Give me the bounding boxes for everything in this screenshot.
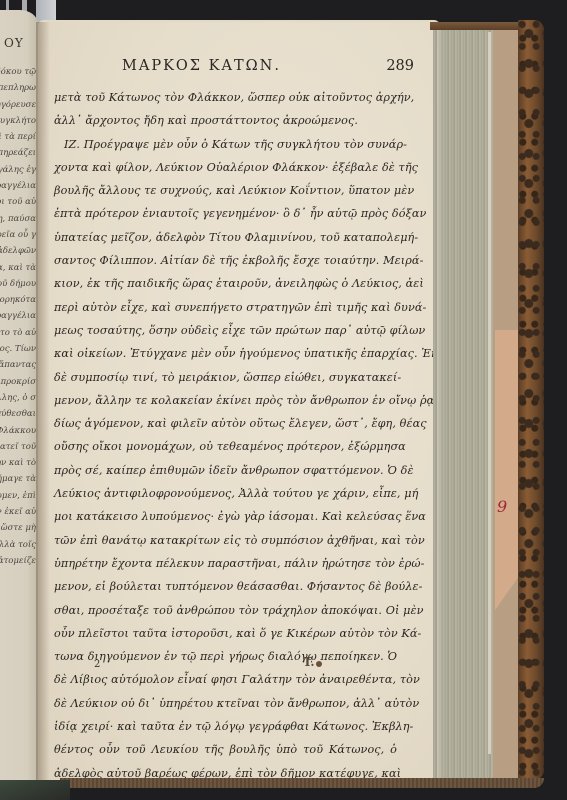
catchword: T. [303,655,322,669]
left-page-text: προσδόκου τῷ πάνυ πεπληρω ς, προσηγόρευσ… [0,64,36,569]
text-line: μοι κατάκεισο λυπούμενος· ἐγὼ γὰρ ἰάσομα… [54,505,397,528]
book-photograph: ΟΥ προσδόκου τῷ πάνυ πεπληρω ς, προσηγόρ… [0,0,567,800]
left-running-head: ΟΥ [4,36,24,50]
binding-bottom-edge [60,778,544,788]
page-number: 289 [386,58,414,74]
left-line: ἀλλ᾽ ἅπαντας [0,357,36,373]
fore-edge-line [488,32,491,754]
left-line: ου ἀδελφῶν [0,243,36,259]
text-line: δὲ συμποσίῳ τινί, τὸ μειράκιον, ὥσπερ εἰ… [54,366,397,389]
left-line: συμφορηκότα [0,292,36,308]
left-line: ς δὲ συγκλήτο [0,113,36,129]
left-line: ῳ παραγγέλια [0,308,36,324]
left-line: ως τὸν ἐκεῖ αὐ [0,504,36,520]
left-line: τους ἀτομείζε [0,553,36,569]
text-line: θέντος οὖν τοῦ Λευκίου τῆς βουλῆς ὑπὸ το… [54,738,397,761]
left-line: ς, προσηγόρευσε [0,97,36,113]
left-line: καὶ προκρίσ [0,374,36,390]
left-line: μάλλης, ὁ σ [0,390,36,406]
text-line: τωνα διηγούμενον ἐν τῷ περὶ γήρως διαλόγ… [54,645,397,668]
text-line: ἀλλ᾽ ἄρχοντος ἤδη καὶ προστάττοντος ἀκρο… [54,109,397,132]
text-line: ὑπηρέτην ἔχοντα πέλεκυν παραστῆναι, πάλι… [54,552,397,575]
text-line: ἰδίᾳ χειρί· καὶ ταῦτα ἐν τῷ λόγῳ γεγράφθ… [54,715,397,738]
text-line: βουλῆς ἄλλους τε συχνούς, καὶ Λεύκιον Κο… [54,179,397,202]
fore-edge-pages [433,26,493,778]
text-line: μενον, εἰ βούλεται τυπτόμενον θεάσασθαι.… [54,575,397,598]
left-line: ἀνδρεῖα οὗ γ [0,227,36,243]
ink-blot [316,661,322,667]
leather-binding [518,20,544,780]
text-line: δὲ Λίβιος αὐτόμολον εἶναί φησι Γαλάτην τ… [54,668,397,691]
text-line: κιον, ἐκ τῆς παιδικῆς ὥρας ἑταιροῦν, ἀνε… [54,272,397,295]
left-line: ρος, Φλάκκου [0,423,36,439]
text-line: χοντα καὶ φίλον, Λεύκιον Οὐαλέριον Φλάκκ… [54,156,397,179]
left-line: λαμβάνωμεν, ἐπὶ [0,488,36,504]
left-line: θέλημα, ὥστε μὴ [0,520,36,536]
left-line: πάνυ πεπληρω [0,80,36,96]
text-line: σθαι, προσέταξε τοῦ ἀνθρώπου τὸν τράχηλο… [54,599,397,622]
left-line: ὑς μεγάλης ἐγ [0,162,36,178]
left-page: ΟΥ προσδόκου τῷ πάνυ πεπληρω ς, προσηγόρ… [0,10,38,790]
catchword-text: T. [303,655,315,669]
chapter-start-line: ΙΖ. Προέγραψε μὲν οὖν ὁ Κάτων τῆς συγκλή… [54,133,397,156]
text-line: καὶ οἰκείων. Ἐτύγχανε μὲν οὖν ἡγούμενος … [54,342,397,365]
text-line: μενον, ἄλλην τε κολακείαν ἐκίνει πρὸς τὸ… [54,389,397,412]
left-line: πύθεσθαι [0,406,36,422]
running-head: ΜΑΡΚΟΣ ΚΑΤΩΝ. 289 [100,58,400,74]
left-line: α, ἀλλὰ τοῖς [0,537,36,553]
fore-edge-highlight [437,26,445,778]
left-line: ηθόμενος. Τίων [0,341,36,357]
left-line: ματεῖ τοῦ [0,439,36,455]
left-line: ελεύτη, παύσα [0,211,36,227]
text-line: ἑπτὰ πρότερον ἐνιαυτοῖς γεγενημένον· ὃ δ… [54,202,397,225]
text-line: δίως ἀγόμενον, καὶ φιλεῖν αὐτὸν οὕτως ἔλ… [54,412,397,435]
left-line: καὶ τὰ περί [0,129,36,145]
text-line: ὑπατείας μεῖζον, ἀδελφὸν Τίτου Φλαμινίνο… [54,226,397,249]
left-line: πρῶτοι τοῦ αὐ [0,194,36,210]
handwritten-mark: 9 [497,497,507,516]
left-line: τοῦς, ἐπηρεάζει [0,145,36,161]
left-line: ροφατο τὸ αὐ [0,325,36,341]
text-line: οὖν πλεῖστοι ταῦτα ἱστοροῦσι, καὶ ὅ γε Κ… [54,622,397,645]
left-line: γραφὴν καὶ τὸ [0,455,36,471]
left-cover-corner [0,780,70,800]
text-line: πρὸς σέ, καίπερ ἐπιθυμῶν ἰδεῖν ἄνθρωπον … [54,459,397,482]
left-line: προσδόκου τῷ [0,64,36,80]
gutter-shadow [36,22,50,782]
text-line: περὶ αὑτὸν εἶχε, καὶ συνεπήγετο στρατηγῶ… [54,296,397,319]
left-line: ῳ παραγγέλια [0,178,36,194]
text-line: δὲ Λεύκιον οὐ δι᾽ ὑπηρέτου κτεῖναι τὸν ἄ… [54,692,397,715]
left-line: προσήμαγε τὰ [0,471,36,487]
body-text: μετὰ τοῦ Κάτωνος τὸν Φλάκκον, ὥσπερ οὐκ … [54,86,397,785]
left-line: ων τοῦ δήμου [0,276,36,292]
text-line: μεως τοσαύτης, ὅσην οὐδεὶς εἶχε τῶν πρώτ… [54,319,397,342]
text-line: μετὰ τοῦ Κάτωνος τὸν Φλάκκον, ὥσπερ οὐκ … [54,86,397,109]
text-line: οὔσης οἴκοι μονομάχων, οὐ τεθεαμένος πρό… [54,435,397,458]
left-line: ατα, καὶ τὰ [0,260,36,276]
text-line: σαντος Φίλιππον. Αἰτίαν δὲ τῆς ἐκβολῆς ἔ… [54,249,397,272]
text-line: Λεύκιος ἀντιφιλοφρονούμενος, Ἀλλὰ τούτου… [54,482,397,505]
signature-mark: 2 [94,659,100,670]
running-head-title: ΜΑΡΚΟΣ ΚΑΤΩΝ. [122,58,281,74]
text-line: τῶν ἐπὶ θανάτῳ κατακρίτων εἰς τὸ συμπόσι… [54,529,397,552]
